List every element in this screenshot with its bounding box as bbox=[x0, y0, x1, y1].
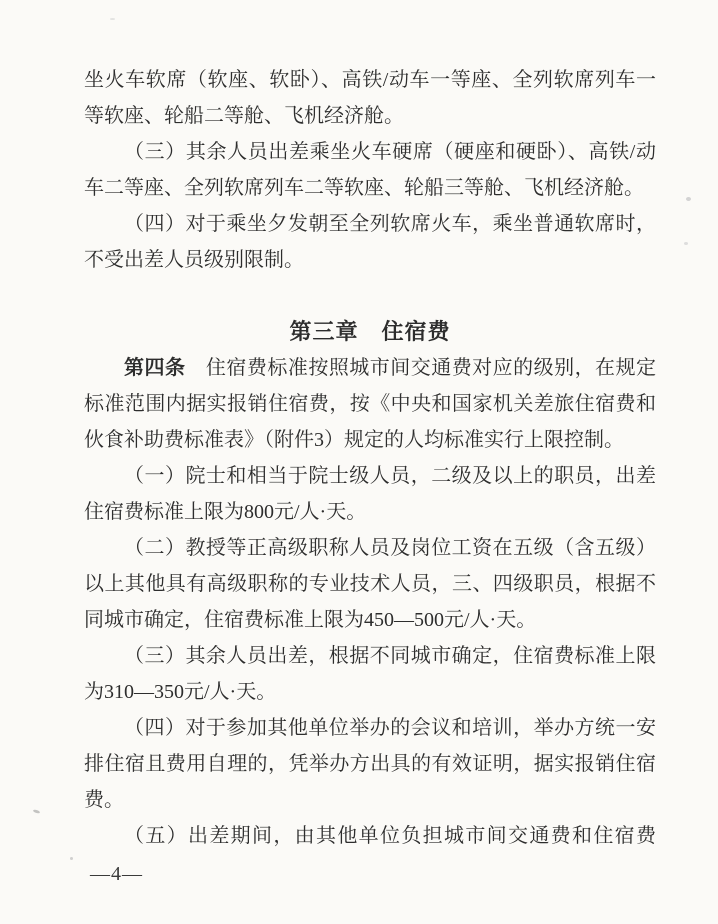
text-line: （一）院士和相当于院士级人员，二级及以上的职员，出差 bbox=[84, 458, 656, 494]
text-line: 同城市确定，住宿费标准上限为450—500元/人·天。 bbox=[84, 602, 656, 638]
text-line: （五）出差期间，由其他单位负担城市间交通费和住宿费 bbox=[84, 818, 656, 854]
scan-artifact bbox=[110, 18, 115, 20]
article-number: 第四条 bbox=[124, 357, 185, 379]
text-line: 坐火车软席（软座、软卧）、高铁/动车一等座、全列软席列车一 bbox=[84, 62, 656, 98]
text-line: 不受出差人员级别限制。 bbox=[84, 242, 656, 278]
text-line: （四）对于乘坐夕发朝至全列软席火车，乘坐普通软席时， bbox=[84, 206, 656, 242]
text-line: （二）教授等正高级职称人员及岗位工资在五级（含五级） bbox=[84, 530, 656, 566]
article-first-line: 第四条 住宿费标准按照城市间交通费对应的级别，在规定 bbox=[84, 350, 656, 386]
text-line: （四）对于参加其他单位举办的会议和培训，举办方统一安 bbox=[84, 710, 656, 746]
text-line: 标准范围内据实报销住宿费，按《中央和国家机关差旅住宿费和 bbox=[84, 386, 656, 422]
article-text: 住宿费标准按照城市间交通费对应的级别，在规定 bbox=[185, 357, 656, 379]
scan-artifact bbox=[70, 857, 73, 860]
chapter-heading: 第三章 住宿费 bbox=[84, 314, 656, 350]
scan-artifact bbox=[686, 197, 691, 201]
scan-artifact bbox=[33, 809, 41, 814]
text-line: 费。 bbox=[84, 782, 656, 818]
text-line: 排住宿且费用自理的，凭举办方出具的有效证明，据实报销住宿 bbox=[84, 746, 656, 782]
text-line: 以上其他具有高级职称的专业技术人员，三、四级职员，根据不 bbox=[84, 566, 656, 602]
document-text-block: 坐火车软席（软座、软卧）、高铁/动车一等座、全列软席列车一 等软座、轮船二等舱、… bbox=[84, 62, 656, 854]
page-number: —4— bbox=[90, 862, 143, 886]
text-line: （三）其余人员出差，根据不同城市确定，住宿费标准上限 bbox=[84, 638, 656, 674]
text-line: 等软座、轮船二等舱、飞机经济舱。 bbox=[84, 98, 656, 134]
text-line: （三）其余人员出差乘坐火车硬席（硬座和硬卧）、高铁/动 bbox=[84, 134, 656, 170]
scan-artifact bbox=[684, 242, 688, 245]
text-line: 车二等座、全列软席列车二等软座、轮船三等舱、飞机经济舱。 bbox=[84, 170, 656, 206]
scanned-document-page: 坐火车软席（软座、软卧）、高铁/动车一等座、全列软席列车一 等软座、轮船二等舱、… bbox=[0, 0, 718, 924]
text-line: 为310—350元/人·天。 bbox=[84, 674, 656, 710]
blank-line bbox=[84, 278, 656, 314]
text-line: 伙食补助费标准表》（附件3）规定的人均标准实行上限控制。 bbox=[84, 422, 656, 458]
text-line: 住宿费标准上限为800元/人·天。 bbox=[84, 494, 656, 530]
